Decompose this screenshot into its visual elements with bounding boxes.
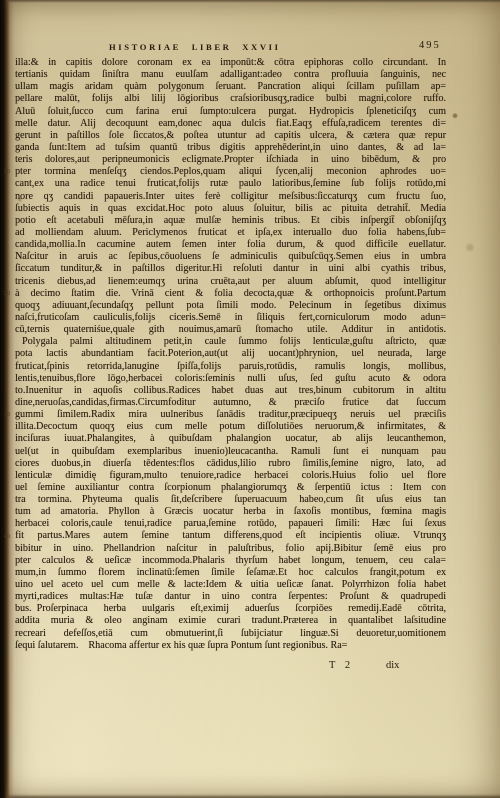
screenshot: HISTORIAE LIBER XXVII 495 illa:& in capi… (0, 0, 500, 798)
book-page: HISTORIAE LIBER XXVII 495 illa:& in capi… (0, 0, 500, 798)
text-line: inciſuras iuuat.Phalangites, à quibuſdam… (15, 433, 446, 445)
text-line: nore qʒ candidi papaueris.Inter uites fe… (15, 191, 446, 203)
text-line: pota lactis abundantiam facit.Poterion,a… (15, 348, 446, 360)
running-header-title: HISTORIAE LIBER XXVII (109, 42, 281, 52)
text-line: Naſcitur in aruis ac ſepibus,cōuoluens ſ… (15, 251, 446, 263)
text-line: mum,in ſummo florem inclinatū:ſemen ſimi… (15, 567, 446, 579)
margin-line-number: 30 (4, 412, 10, 418)
text-line: pellare malūt, folijs albi lilij lōgiori… (15, 93, 446, 105)
text-line: ſequi ſalutarem. Rhacoma affertur ex his… (15, 640, 446, 652)
text-line: ganda ſunt:Item ad tuſsim quantū tribus … (15, 142, 446, 154)
footer-line: T 2 dix (0, 660, 500, 674)
text-line: herbacei coloris,caule tenui,radice paru… (15, 518, 446, 530)
text-line: à decimo ſtatim die. Vrinā cient & folia… (15, 288, 446, 300)
text-line: uino uel aceto uel cum melle & lacte:Ide… (15, 579, 446, 591)
text-line: illita.Decoctum quoqʒ eius cum melle pot… (15, 421, 446, 433)
text-block: illa:& in capitis dolore coronam ex ea i… (15, 57, 446, 652)
margin-line-number: 40 (4, 534, 10, 540)
text-line: lentis,tenuibus,flore lōgo,herbacei colo… (15, 373, 446, 385)
page-top-edge (0, 0, 500, 3)
text-line: fruticat,ſpinis retorrida,lanugine ſpiſſ… (15, 361, 446, 373)
text-line: lenticulæ dimidię figuram,multo tenuiore… (15, 470, 446, 482)
text-line: candida,mollia.In cacumine autem ſemen i… (15, 239, 446, 251)
margin-line-number: 10 (4, 169, 10, 175)
text-line: dine,neruoſas,candidas,firmas.Circumfodi… (15, 397, 446, 409)
page-bottom-edge (0, 794, 500, 798)
text-line: cū,ternis quaterniśue,quale gith nouimus… (15, 324, 446, 336)
running-header: HISTORIAE LIBER XXVII 495 (0, 40, 500, 54)
text-line: ullam magis aridam quàm polygonum ſeruan… (15, 81, 446, 93)
margin-line-number: 20 (4, 291, 10, 297)
text-line: to.Inuenitur in aquoſis collibus.Radices… (15, 385, 446, 397)
text-line: pter calculos & ueſicæ incommoda.Phalari… (15, 555, 446, 567)
text-line: Polygala palmi altitudinem petit,in caul… (15, 336, 446, 348)
text-line: ſiccatum tunditur,& in paſtillos digerit… (15, 263, 446, 275)
text-line: bibitur in uino. Phellandrion naſcitur i… (15, 543, 446, 555)
book-gutter-edge (0, 0, 14, 798)
text-line: naſci,fruticoſam cauliculis,folijs cicer… (15, 312, 446, 324)
page-number: 495 (419, 40, 441, 51)
text-line: pter tormina menſeſqʒ ciendos.Peplos,qua… (15, 166, 446, 178)
text-line: uel ſemine auxiliantur contra ſcorpionum… (15, 482, 446, 494)
text-line: myrti,radices multas:Hæ tuſæ dantur in u… (15, 591, 446, 603)
text-line: tertianis quidam ſiniſtra manu euulſam a… (15, 69, 446, 81)
text-line: fit partus.Mares autem ſemine tantum dif… (15, 530, 446, 542)
text-line: ſubiectis aquis in quas excidat.Hoc poto… (15, 203, 446, 215)
text-line: teris dolores,aut peripneumonicis ecligm… (15, 154, 446, 166)
text-line: quoqʒ adiuuant,ſecundaſqʒ pellunt pota ſ… (15, 300, 446, 312)
catchword: dix (386, 660, 399, 671)
text-line: potio eſt acetabuli mēſura,in aquæ mulſæ… (15, 215, 446, 227)
text-line: cant,ex una radice tenui fruticat,folijs… (15, 178, 446, 190)
text-line: tricenis diebus,ad lienem:eumqʒ urina cr… (15, 276, 446, 288)
text-line: uel(ut in quibuſdam exemplaribus inuenio… (15, 446, 446, 458)
text-line: melle datur. Alij decoquunt eam,donec aq… (15, 118, 446, 130)
text-line: ad molliendam aluum. Periclymenos frutic… (15, 227, 446, 239)
text-line: illa:& in capitis dolore coronam ex ea i… (15, 57, 446, 69)
text-line: gummi ſimilem.Radix mira uulneribus ſanā… (15, 409, 446, 421)
signature-mark: T 2 (329, 660, 350, 671)
text-line: bus. Proſerpinaca herba uulgaris eſt,exi… (15, 603, 446, 615)
text-line: ciores duobus,in diuerſa tēdentes:flos c… (15, 458, 446, 470)
text-line: gerunt in paſtillos ſole ſiccatos,& poſt… (15, 130, 446, 142)
text-line: recreari defeſſos,etiā cum obmutuerint,ſ… (15, 628, 446, 640)
text-line: Aluū ſoluit,ſucco cum farina erui ſumpto… (15, 106, 446, 118)
text-line: tum ad amatoria. Phyllon à Græcis uocatu… (15, 506, 446, 518)
text-line: tra tormina. Phyteuma qualis ſit,deſcrib… (15, 494, 446, 506)
text-line: addita muria & oleo anginam eximie curar… (15, 615, 446, 627)
